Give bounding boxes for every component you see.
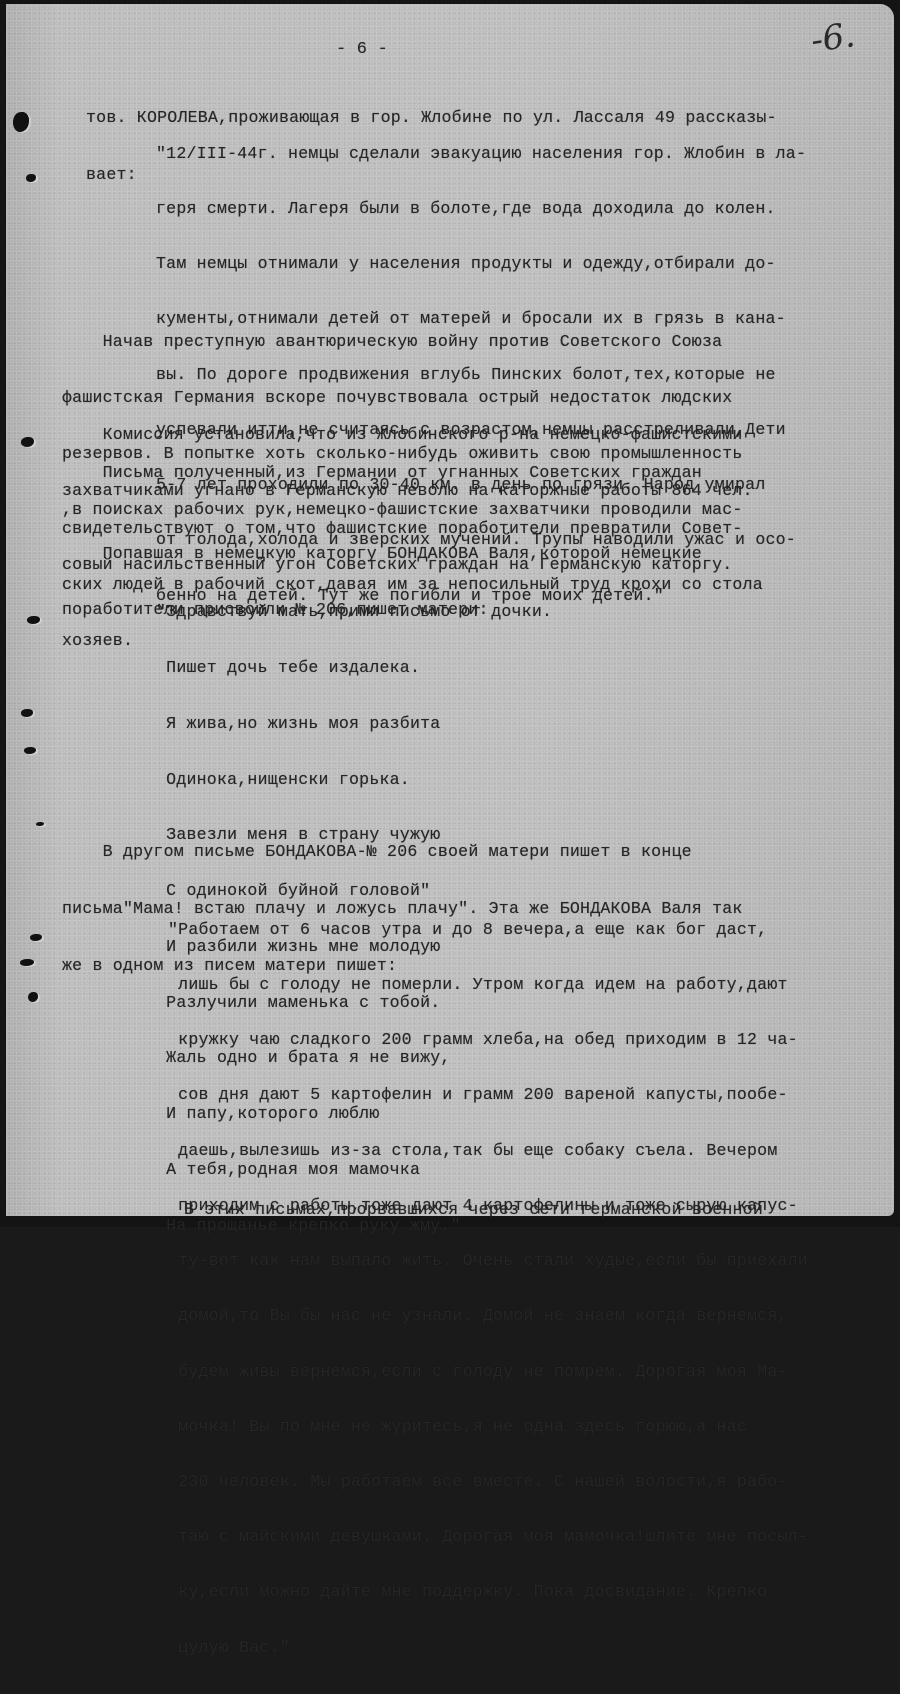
punch-hole-mark <box>24 747 36 754</box>
punch-hole-mark <box>21 709 33 717</box>
text-line: лишь бы с голоду не померли. Утром когда… <box>168 976 808 994</box>
punch-hole-mark <box>20 959 34 966</box>
text-line: Начав преступную авантюрическую войну пр… <box>62 333 743 352</box>
poem-line: "Здравствуй мать,прими письмо от дочки. <box>156 603 552 622</box>
poem-line: Я жива,но жизнь моя разбита <box>156 715 552 734</box>
text-line: В другом письме БОНДАКОВА-№ 206 своей ма… <box>62 842 743 861</box>
punch-hole-mark <box>26 174 36 182</box>
text-line: кружку чаю сладкого 200 грамм хлеба,на о… <box>168 1031 808 1049</box>
document-page: - 6 - -6. тов. КОРОЛЕВА,проживающая в го… <box>6 4 894 1216</box>
page-number: - 6 - <box>336 40 388 59</box>
text-line: "12/III-44г. немцы сделали эвакуацию нас… <box>156 145 806 163</box>
text-line: геря смерти. Лагеря были в болоте,где во… <box>156 200 806 218</box>
text-line: сов дня дают 5 картофелин и грамм 200 ва… <box>168 1086 808 1104</box>
scan-background: - 6 - -6. тов. КОРОЛЕВА,проживающая в го… <box>0 0 900 1227</box>
poem-line: Одинока,нищенски горька. <box>156 771 552 790</box>
punch-hole-mark <box>28 992 38 1002</box>
punch-hole-mark <box>21 437 34 447</box>
handwritten-page-number: -6. <box>808 15 857 61</box>
text-line: Письма полученный,из Германии от угнанны… <box>62 464 763 483</box>
text-line: Там немцы отнимали у населения продукты … <box>156 255 806 273</box>
poem-line: Пишет дочь тебе издалека. <box>156 659 552 678</box>
text-line: "Работаем от 6 часов утра и до 8 вечера,… <box>168 921 808 939</box>
closing-line: В этих письмах,прорвавшихся через сети г… <box>184 1162 763 1227</box>
text-line: В этих письмах,прорвавшихся через сети г… <box>184 1200 763 1219</box>
text-line: Попавшая в немецкую каторгу БОНДАКОВА Ва… <box>62 545 702 564</box>
punch-hole-mark <box>30 934 42 941</box>
punch-hole-mark <box>36 822 44 826</box>
punch-hole-mark <box>13 112 29 132</box>
punch-hole-mark <box>27 616 40 624</box>
text-line: даешь,вылезишь из-за стола,так бы еще со… <box>168 1142 808 1160</box>
